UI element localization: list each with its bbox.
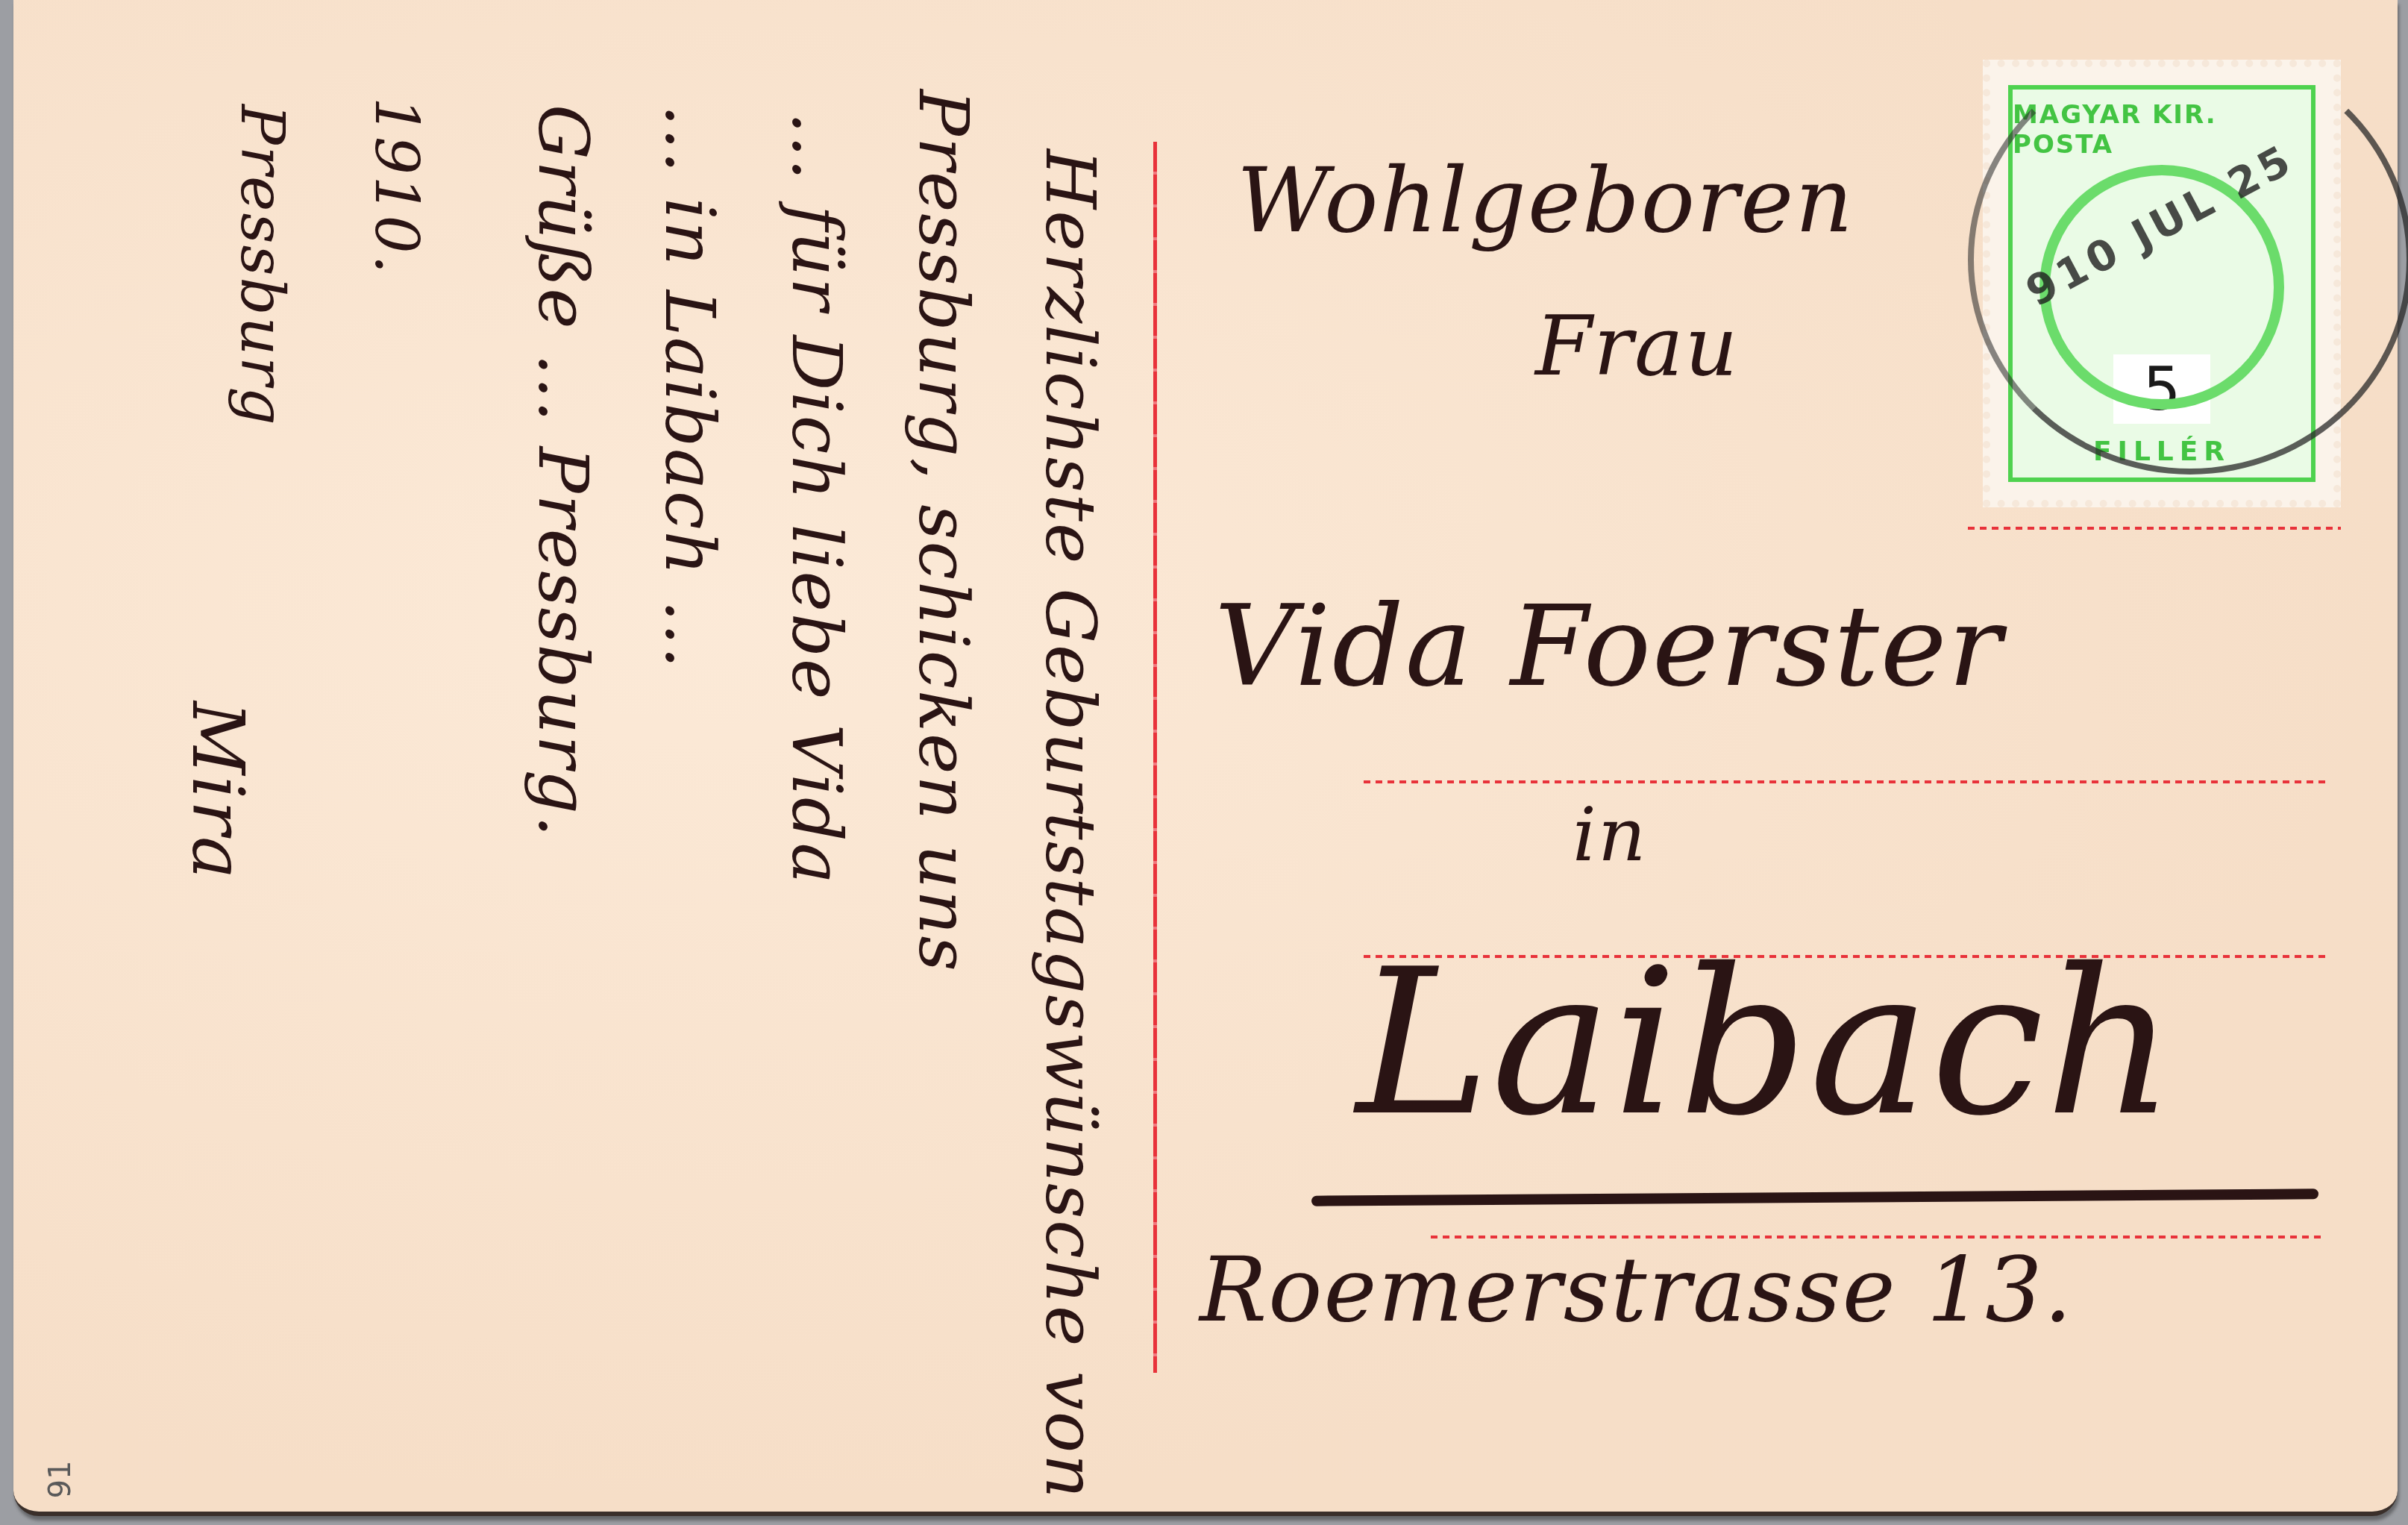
salutation-wohlgeboren: Wohlgeboren — [1237, 149, 1854, 253]
salutation-frau: Frau — [1535, 298, 1739, 394]
stamp-box-line — [1968, 527, 2341, 530]
recipient-name: Vida Foerster — [1214, 582, 2003, 712]
message-signature: Mira — [176, 701, 260, 880]
city-name: Laibach — [1356, 925, 2177, 1160]
message-line-2: Pressburg, schicken uns — [903, 90, 983, 973]
underline-stroke — [1311, 1189, 2318, 1206]
pencil-note: 91 — [43, 1461, 78, 1499]
message-line-1: Herzlichste Geburtstagswünsche von — [1030, 149, 1110, 1500]
red-divider-line — [1153, 142, 1157, 1373]
postmark-circle-icon — [1968, 45, 2408, 475]
message-place: Pressburg — [228, 104, 297, 427]
message-line-5: Grüße ... Pressburg. — [523, 104, 603, 839]
street-address: Roemerstrasse 13. — [1200, 1239, 2074, 1342]
postcard: Herzlichste Geburtstagswünsche von Press… — [13, 0, 2398, 1516]
message-line-4: ... in Laibach ... — [650, 104, 730, 670]
preposition-in: in — [1573, 791, 1647, 878]
message-line-3: ... für Dich liebe Vida — [777, 112, 856, 886]
address-line-1 — [1364, 780, 2326, 783]
message-date: 1910. — [362, 97, 431, 275]
